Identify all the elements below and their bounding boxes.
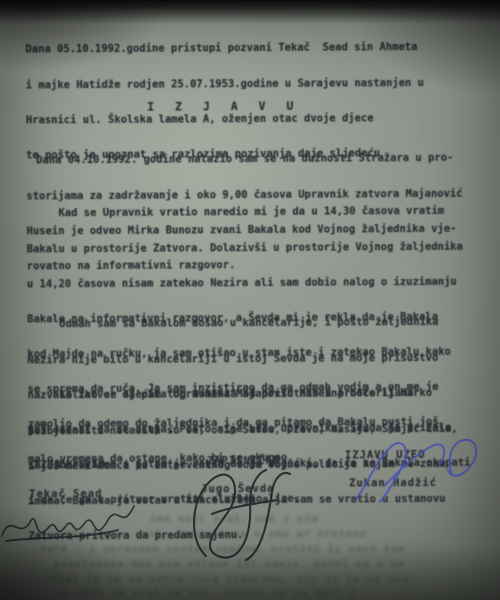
recorder-label: ZAPISNIČAR <box>207 455 280 467</box>
statement-taker-label: IZJAVU UZEO <box>345 449 426 461</box>
typed-line: Bakalu u prostorije Zatvora. Dolazivši u… <box>27 241 463 255</box>
typed-line: Bezbjednosti nalazili su se, osim Ševde,… <box>28 423 458 437</box>
typed-line: Dana 05.10.1992.godine pristupi pozvani … <box>25 42 423 56</box>
typed-line: u 14,20 časova nisam zatekao Nezira ali … <box>27 276 463 290</box>
typed-line: Zatvora-pritvora da predam smjenu. <box>28 529 458 543</box>
typed-line: Kad se Upravnik vratio naredio mi je da … <box>26 206 462 220</box>
typewritten-text-layer: Dana 05.10.1992.godine pristupi pozvani … <box>0 0 500 600</box>
recorder-name: Jugo Ševda <box>201 483 274 495</box>
statement-taker-name: Zukan Hadžić <box>349 477 437 490</box>
document-photo: Dana 05.10.1992.godine pristupi pozvani … <box>0 0 500 600</box>
typed-line: Hrasnici ul. Školska lamela A, oženjen o… <box>26 113 424 127</box>
statement-giver-label: IZJAVU DAO <box>33 459 106 471</box>
statement-giver-name: Tekač Sead <box>29 488 102 500</box>
typed-line: Odmah sam sa Bakalom došao u kancelariju… <box>27 317 470 331</box>
typed-line: Koliko se sjećam tog momenta od prisutni… <box>28 388 458 402</box>
typed-line: i majke Hatidže rodjen 25.07.1953.godine… <box>26 77 424 91</box>
typed-line: Dana 04.10.1992. godine nalazio sam se n… <box>26 153 462 167</box>
